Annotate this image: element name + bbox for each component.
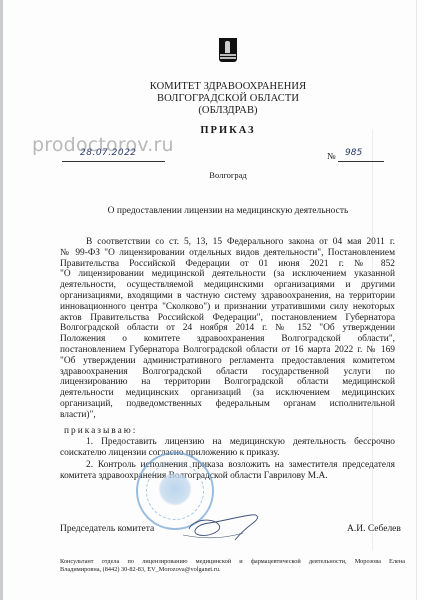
preamble-line: инновационного центра "Сколково") и приз… bbox=[60, 302, 395, 313]
org-name-line2: ВОЛГОГРАДСКОЙ ОБЛАСТИ bbox=[16, 93, 424, 104]
preamble-line: лицензированию на территории Волгоградск… bbox=[60, 377, 395, 388]
preamble-line: организаций, подведомственных федеральны… bbox=[60, 399, 395, 410]
footer-line1: Консультант отдела по лицензированию мед… bbox=[60, 558, 405, 566]
preamble-line: "Об утверждении административного реглам… bbox=[60, 356, 395, 367]
footer-line2: Владимировна, (8442) 30-82-83, EV_Morozo… bbox=[60, 566, 405, 574]
preamble-line: деятельности медицинских организаций (за… bbox=[60, 388, 395, 399]
preamble-line: № 99-ФЗ "О лицензировании отдельных видо… bbox=[60, 248, 395, 259]
volgograd-coat-of-arms-icon bbox=[219, 38, 237, 62]
order-items: приказываю: 1. Предоставить лицензию на … bbox=[60, 426, 395, 482]
document-page: КОМИТЕТ ЗДРАВООХРАНЕНИЯ ВОЛГОГРАДСКОЙ ОБ… bbox=[0, 0, 424, 600]
handwritten-signature bbox=[183, 513, 263, 541]
preamble-line: Волгоградской области от 24 ноября 2014 … bbox=[60, 323, 395, 334]
preamble-line: здравоохранения Волгоградской области го… bbox=[60, 367, 395, 378]
item-2-line1: 2. Контроль исполнения приказа возложить… bbox=[60, 460, 395, 471]
preamble-line: постановлением Губернатора Волгоградской… bbox=[60, 345, 395, 356]
signer-name: А.И. Себелев bbox=[347, 524, 401, 534]
date-field: 28.07.2022 bbox=[62, 150, 165, 162]
order-word: приказываю: bbox=[60, 426, 395, 437]
city: Волгоград bbox=[16, 170, 424, 180]
preamble-line: "О лицензировании медицинской деятельнос… bbox=[60, 269, 395, 280]
preamble: В соответствии со ст. 5, 13, 15 Федераль… bbox=[60, 237, 395, 421]
item-1-line1: 1. Предоставить лицензию на медицинскую … bbox=[60, 437, 395, 448]
preamble-line: организациями, входящими в частную систе… bbox=[60, 291, 395, 302]
preamble-line: Положения о комитете здравоохранения Вол… bbox=[60, 334, 395, 345]
preamble-line: деятельности, осуществляемой медицинским… bbox=[60, 280, 395, 291]
signer-title: Председатель комитета bbox=[60, 524, 154, 534]
date-value: 28.07.2022 bbox=[80, 148, 137, 158]
page-left-edge bbox=[0, 0, 3, 600]
contact-footer: Консультант отдела по лицензированию мед… bbox=[60, 558, 405, 574]
number-label: № bbox=[327, 151, 336, 161]
preamble-line: Правительства Российской Федерации от 01… bbox=[60, 259, 395, 270]
preamble-line: власти)", bbox=[60, 410, 395, 421]
number-value: 985 bbox=[345, 148, 362, 158]
preamble-line: актов Правительства Российской Федерации… bbox=[60, 313, 395, 324]
org-name-line1: КОМИТЕТ ЗДРАВООХРАНЕНИЯ bbox=[16, 81, 424, 92]
number-field: 985 bbox=[338, 150, 384, 162]
item-1-line2: соискателю лицензии согласно приложению … bbox=[60, 448, 395, 459]
order-subject: О предоставлении лицензии на медицинскую… bbox=[16, 206, 424, 216]
eagle-emblem-icon bbox=[158, 472, 192, 506]
preamble-line: В соответствии со ст. 5, 13, 15 Федераль… bbox=[60, 237, 395, 248]
item-2-line2: комитета здравоохранения Волгоградской о… bbox=[60, 471, 395, 482]
org-abbreviation: (ОБЛЗДРАВ) bbox=[16, 105, 424, 116]
